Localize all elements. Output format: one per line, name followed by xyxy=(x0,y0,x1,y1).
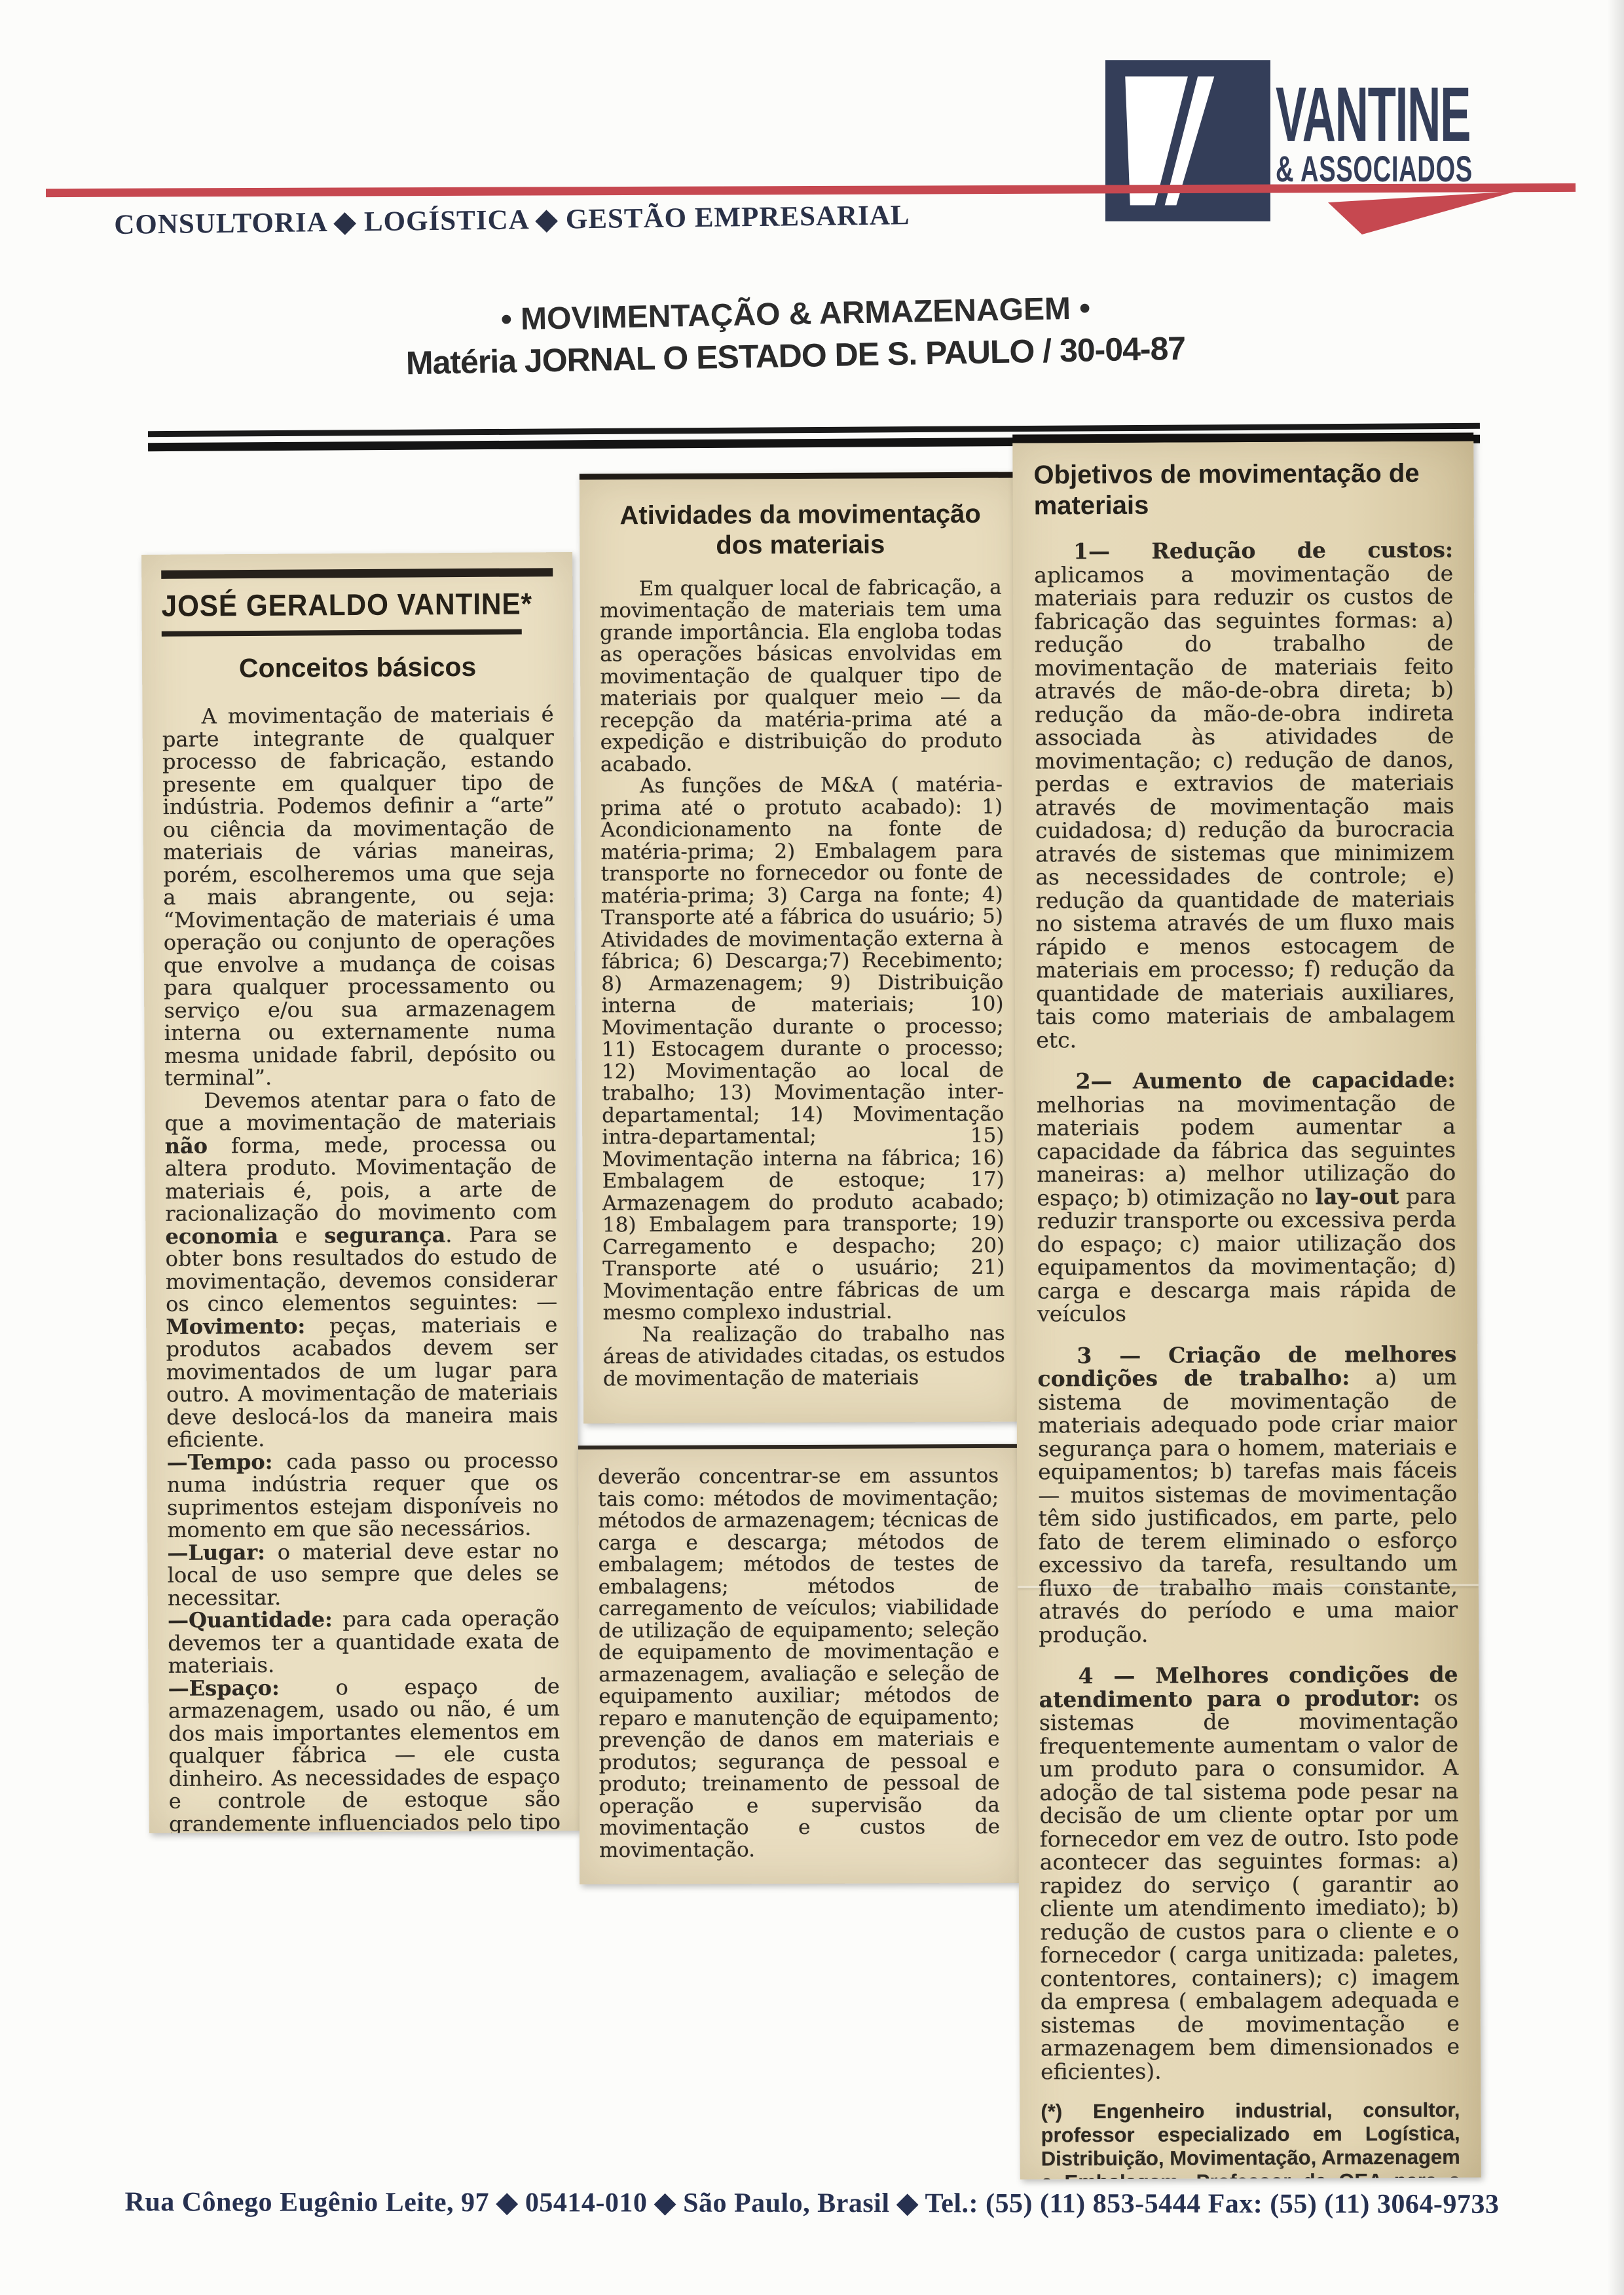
clip3-title: Objetivos de movimentação de materiais xyxy=(1033,458,1452,522)
scanned-letterhead-page: VANTINE & ASSOCIADOS CONSULTORIA ◆ LOGÍS… xyxy=(0,0,1624,2295)
paragraph: —Lugar: o material deve estar no local d… xyxy=(167,1539,559,1609)
paragraph: Na realização do trabalho nas áreas de a… xyxy=(603,1322,1005,1390)
paragraph: As funções de M&A ( matéria-prima até o … xyxy=(600,774,1005,1324)
paragraph: —Espaço: o espaço de armazenagem, usado … xyxy=(168,1675,561,1833)
clip2-title: Atividades da movimentação dos materiais xyxy=(599,499,1001,561)
scan-edge-shadow xyxy=(1607,0,1624,2295)
vantine-logo-icon xyxy=(1105,60,1270,221)
paragraph: Devemos atentar para o fato de que a mov… xyxy=(164,1087,558,1451)
clipping-atividades-continuacao: deverão concentrar-se em assuntos tais c… xyxy=(578,1444,1020,1884)
paragraph: 3 — Criação de melhores condições de tra… xyxy=(1037,1342,1458,1646)
clip2a-body: Em qualquer local de fabricação, a movim… xyxy=(600,576,1005,1390)
clipping-conceitos-basicos: JOSÉ GERALDO VANTINE* Conceitos básicos … xyxy=(141,552,580,1833)
clip1-body: A movimentação de materiais é parte inte… xyxy=(162,703,561,1833)
tagline: CONSULTORIA ◆ LOGÍSTICA ◆ GESTÃO EMPRESA… xyxy=(114,198,910,241)
paragraph: 1— Redução de custos: aplicamos a movime… xyxy=(1034,538,1455,1052)
clipping-objetivos: Objetivos de movimentação de materiais 1… xyxy=(1012,432,1481,2179)
author-title: JOSÉ GERALDO VANTINE* xyxy=(161,586,521,623)
paragraph: 2— Aumento de capacidade: melhorias na m… xyxy=(1036,1068,1456,1326)
clip1-under-rule xyxy=(162,629,522,636)
paragraph: Em qualquer local de fabricação, a movim… xyxy=(600,576,1003,775)
paragraph: A movimentação de materiais é parte inte… xyxy=(162,703,556,1089)
clip2b-body: deverão concentrar-se em assuntos tais c… xyxy=(598,1465,1000,1861)
logo-subwordmark: & ASSOCIADOS xyxy=(1276,151,1473,187)
red-swoosh-icon xyxy=(1328,191,1517,234)
footer-address: Rua Cônego Eugênio Leite, 97 ◆ 05414-010… xyxy=(0,2185,1624,2220)
paragraph: —Quantidade: para cada operação devemos … xyxy=(168,1607,560,1677)
red-rule xyxy=(46,183,1576,197)
paragraph: —Tempo: cada passo ou processo numa indú… xyxy=(166,1449,559,1542)
author-footnote: (*) Engenheiro industrial, consultor, pr… xyxy=(1041,2099,1460,2180)
clip1-subtitle: Conceitos básicos xyxy=(162,651,553,684)
logo-wordmark: VANTINE xyxy=(1276,76,1470,153)
clip1-top-rule xyxy=(161,568,553,579)
clipping-atividades: Atividades da movimentação dos materiais… xyxy=(580,472,1025,1424)
paragraph: 4 — Melhores condições de atendimento pa… xyxy=(1039,1663,1460,2083)
paragraph: deverão concentrar-se em assuntos tais c… xyxy=(598,1465,1000,1861)
clip3-body: 1— Redução de custos: aplicamos a movime… xyxy=(1034,538,1460,2180)
